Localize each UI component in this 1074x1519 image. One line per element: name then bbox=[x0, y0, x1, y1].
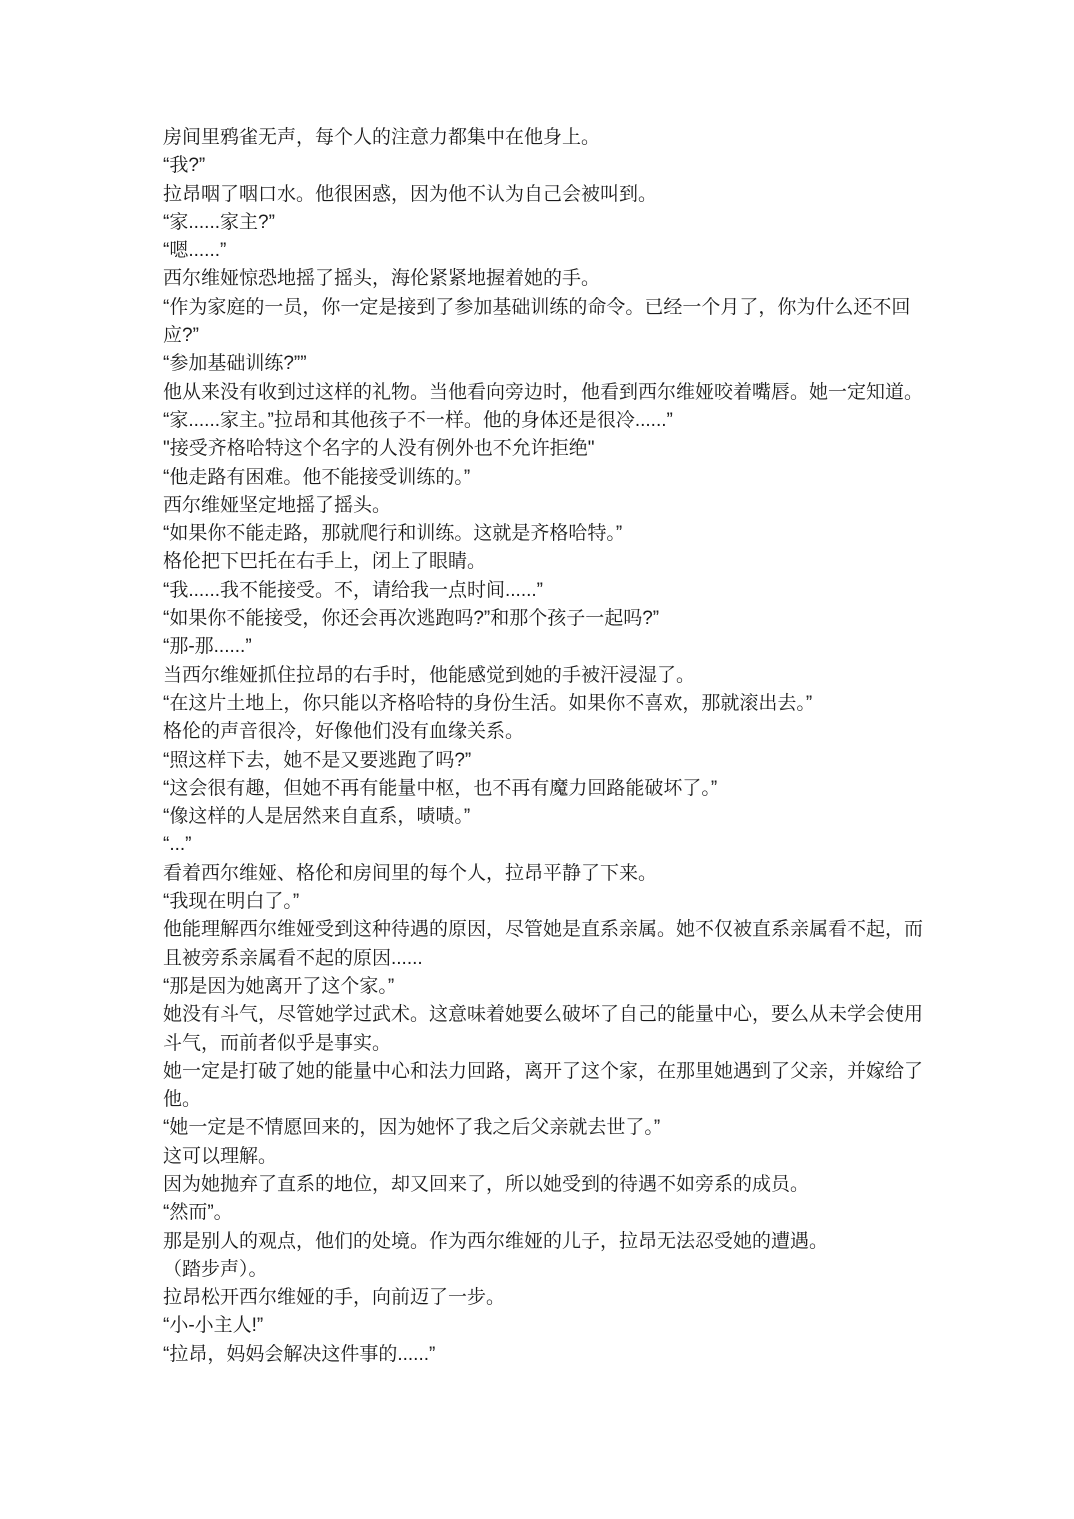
paragraph: 拉昂松开西尔维娅的手，向前迈了一步。 bbox=[163, 1284, 925, 1312]
paragraph: “她一定是不情愿回来的，因为她怀了我之后父亲就去世了。” bbox=[163, 1114, 925, 1142]
paragraph: “如果你不能走路，那就爬行和训练。这就是齐格哈特。” bbox=[163, 520, 925, 548]
paragraph: "接受齐格哈特这个名字的人没有例外也不允许拒绝" bbox=[163, 435, 925, 463]
paragraph: 拉昂咽了咽口水。他很困惑，因为他不认为自己会被叫到。 bbox=[163, 181, 925, 209]
paragraph: “我?” bbox=[163, 152, 925, 180]
paragraph: “作为家庭的一员，你一定是接到了参加基础训练的命令。已经一个月了，你为什么还不回… bbox=[163, 294, 925, 351]
paragraph: “拉昂，妈妈会解决这件事的......” bbox=[163, 1341, 925, 1369]
text-block: 房间里鸦雀无声，每个人的注意力都集中在他身上。“我?”拉昂咽了咽口水。他很困惑，… bbox=[163, 124, 925, 1369]
paragraph: 她一定是打破了她的能量中心和法力回路，离开了这个家，在那里她遇到了父亲，并嫁给了… bbox=[163, 1058, 925, 1115]
paragraph: “嗯......” bbox=[163, 237, 925, 265]
paragraph: “我......我不能接受。不，请给我一点时间......” bbox=[163, 577, 925, 605]
paragraph: 房间里鸦雀无声，每个人的注意力都集中在他身上。 bbox=[163, 124, 925, 152]
paragraph: 当西尔维娅抓住拉昂的右手时，他能感觉到她的手被汗浸湿了。 bbox=[163, 662, 925, 690]
paragraph: 这可以理解。 bbox=[163, 1143, 925, 1171]
paragraph: “那-那......” bbox=[163, 633, 925, 661]
paragraph: 他能理解西尔维娅受到这种待遇的原因，尽管她是直系亲属。她不仅被直系亲属看不起，而… bbox=[163, 916, 925, 973]
paragraph: “那是因为她离开了这个家。” bbox=[163, 973, 925, 1001]
paragraph: “我现在明白了。” bbox=[163, 888, 925, 916]
paragraph: 看着西尔维娅、格伦和房间里的每个人，拉昂平静了下来。 bbox=[163, 860, 925, 888]
paragraph: “然而”。 bbox=[163, 1199, 925, 1227]
paragraph: 那是别人的观点，他们的处境。作为西尔维娅的儿子，拉昂无法忍受她的遭遇。 bbox=[163, 1228, 925, 1256]
paragraph: “在这片土地上，你只能以齐格哈特的身份生活。如果你不喜欢，那就滚出去。” bbox=[163, 690, 925, 718]
paragraph: 她没有斗气，尽管她学过武术。这意味着她要么破坏了自己的能量中心，要么从未学会使用… bbox=[163, 1001, 925, 1058]
paragraph: “...” bbox=[163, 831, 925, 859]
paragraph: “家......家主。”拉昂和其他孩子不一样。他的身体还是很冷......” bbox=[163, 407, 925, 435]
paragraph: “他走路有困难。他不能接受训练的。” bbox=[163, 464, 925, 492]
paragraph: “参加基础训练?”” bbox=[163, 350, 925, 378]
paragraph: “照这样下去，她不是又要逃跑了吗?” bbox=[163, 747, 925, 775]
paragraph: “家......家主?” bbox=[163, 209, 925, 237]
paragraph: 他从来没有收到过这样的礼物。当他看向旁边时，他看到西尔维娅咬着嘴唇。她一定知道。 bbox=[163, 379, 925, 407]
paragraph: 西尔维娅坚定地摇了摇头。 bbox=[163, 492, 925, 520]
document-page: 房间里鸦雀无声，每个人的注意力都集中在他身上。“我?”拉昂咽了咽口水。他很困惑，… bbox=[0, 0, 1074, 1519]
paragraph: 格伦把下巴托在右手上，闭上了眼睛。 bbox=[163, 548, 925, 576]
paragraph: “如果你不能接受，你还会再次逃跑吗?”和那个孩子一起吗?” bbox=[163, 605, 925, 633]
paragraph: “这会很有趣，但她不再有能量中枢，也不再有魔力回路能破坏了。” bbox=[163, 775, 925, 803]
paragraph: 因为她抛弃了直系的地位，却又回来了，所以她受到的待遇不如旁系的成员。 bbox=[163, 1171, 925, 1199]
paragraph: “像这样的人是居然来自直系，啧啧。” bbox=[163, 803, 925, 831]
paragraph: （踏步声）。 bbox=[163, 1256, 925, 1284]
paragraph: “小-小主人!” bbox=[163, 1312, 925, 1340]
paragraph: 西尔维娅惊恐地摇了摇头，海伦紧紧地握着她的手。 bbox=[163, 265, 925, 293]
paragraph: 格伦的声音很冷，好像他们没有血缘关系。 bbox=[163, 718, 925, 746]
